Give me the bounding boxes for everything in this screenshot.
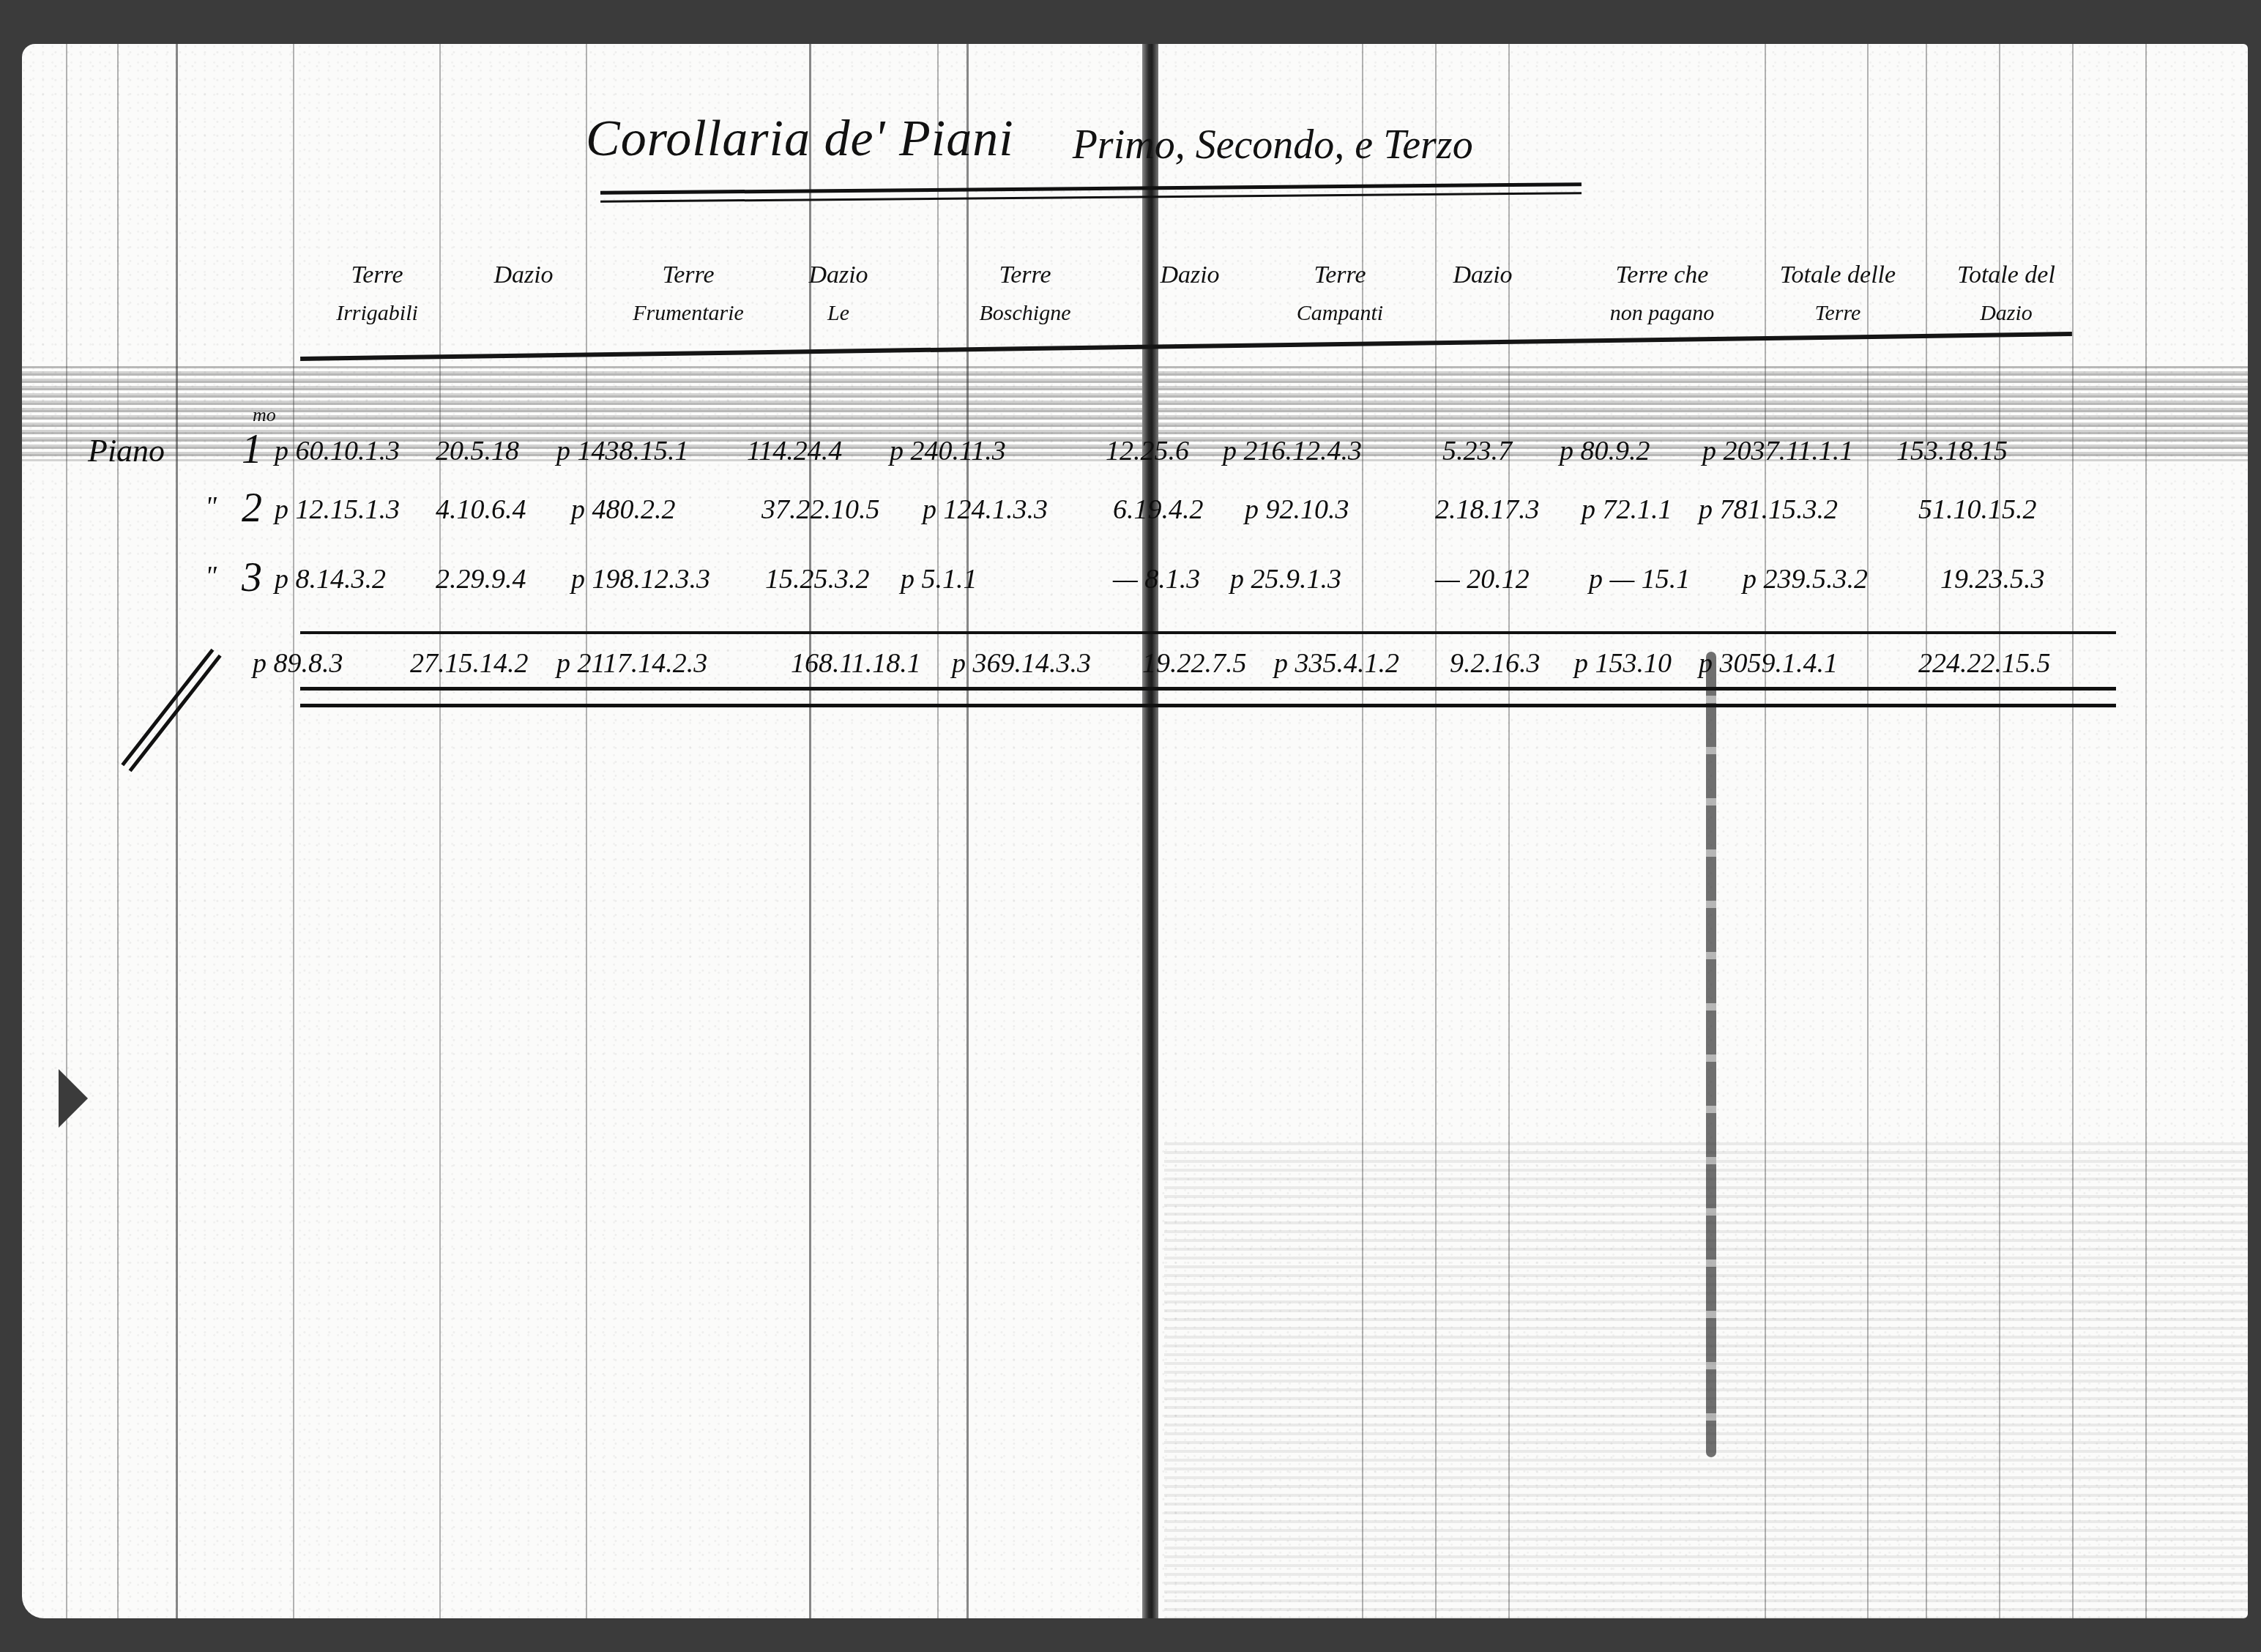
total-totale-terre: p 3059.1.4.1: [1699, 647, 1838, 680]
total-dazio-2: 168.11.18.1: [791, 647, 921, 680]
total-terre-non-pagano: p 153.10: [1574, 647, 1672, 680]
cell-dazio-1: 2.29.9.4: [436, 563, 526, 595]
cell-terre-boschigne: p 240.11.3: [890, 435, 1006, 467]
column-headers: TerreIrrigabili Dazio TerreFrumentarie D…: [322, 256, 2065, 344]
ditto-mark: ": [205, 491, 217, 523]
sum-rule: [300, 631, 2116, 634]
total-terre-frumentarie: p 2117.14.2.3: [556, 647, 707, 680]
cell-dazio-4: 2.18.17.3: [1435, 494, 1540, 526]
cell-terre-irrigabili: p 12.15.1.3: [275, 494, 400, 526]
cell-dazio-2: 37.22.10.5: [761, 494, 880, 526]
column-header-dazio-3: Dazio: [1135, 256, 1245, 294]
cell-terre-campanti: p 216.12.4.3: [1223, 435, 1362, 467]
cell-terre-campanti: p 25.9.1.3: [1230, 563, 1341, 595]
cell-totale-terre: p 239.5.3.2: [1743, 563, 1868, 595]
cell-dazio-3: 6.19.4.2: [1113, 494, 1204, 526]
cell-terre-boschigne: p 124.1.3.3: [923, 494, 1048, 526]
cell-terre-irrigabili: p 8.14.3.2: [275, 563, 386, 595]
page-subtitle: Primo, Secondo, e Terzo: [1073, 122, 1473, 168]
table-row-piano-1: Piano mo 1 p 60.10.1.3 20.5.18 p 1438.15…: [88, 432, 2138, 491]
column-header-terre-boschigne: TerreBoschigne: [952, 256, 1098, 332]
column-header-dazio-4: Dazio: [1428, 256, 1538, 294]
ditto-mark: ": [205, 560, 217, 592]
cell-totale-dazio: 51.10.15.2: [1918, 494, 2037, 526]
table-row-piano-2: " 2 p 12.15.1.3 4.10.6.4 p 480.2.2 37.22…: [88, 491, 2138, 549]
title-block: Corollaria de' Piani Primo, Secondo, e T…: [586, 110, 1611, 168]
cell-dazio-4: 5.23.7: [1442, 435, 1512, 467]
ruling-line: [117, 44, 119, 1618]
cell-dazio-1: 20.5.18: [436, 435, 519, 467]
ruling-line: [2145, 44, 2147, 1618]
page-title: Corollaria de' Piani: [586, 110, 1014, 168]
cell-totale-terre: p 781.15.3.2: [1699, 494, 1838, 526]
column-header-terre-campanti: TerreCampanti: [1274, 256, 1406, 332]
cell-dazio-2: 15.25.3.2: [765, 563, 870, 595]
binding-stitch: [1706, 652, 1716, 1457]
cell-dazio-3: — 8.1.3: [1113, 563, 1200, 595]
total-terre-campanti: p 335.4.1.2: [1274, 647, 1399, 680]
cell-terre-irrigabili: p 60.10.1.3: [275, 435, 400, 467]
column-header-dazio-2: DazioLe: [783, 256, 893, 332]
column-header-terre-frumentarie: TerreFrumentarie: [615, 256, 761, 332]
row-number: 3: [242, 554, 262, 601]
column-header-dazio-1: Dazio: [469, 256, 578, 294]
total-dazio-3: 19.22.7.5: [1142, 647, 1247, 680]
row-label: Piano: [88, 432, 165, 469]
table-row-piano-3: " 3 p 8.14.3.2 2.29.9.4 p 198.12.3.3 15.…: [88, 560, 2138, 619]
column-header-terre-non-pagano: Terre chenon pagano: [1596, 256, 1728, 332]
cell-dazio-2: 114.24.4: [747, 435, 842, 467]
ruling-line: [293, 44, 294, 1618]
cell-terre-non-pagano: p 80.9.2: [1560, 435, 1650, 467]
total-totale-dazio: 224.22.15.5: [1918, 647, 2051, 680]
page-edge-tear: [59, 1069, 88, 1128]
ruling-line: [176, 44, 178, 1618]
double-sum-rule: [300, 687, 2116, 707]
cell-totale-dazio: 19.23.5.3: [1940, 563, 2045, 595]
cell-terre-frumentarie: p 480.2.2: [571, 494, 676, 526]
total-terre-boschigne: p 369.14.3.3: [952, 647, 1091, 680]
total-dazio-1: 27.15.14.2: [410, 647, 529, 680]
total-dazio-4: 9.2.16.3: [1450, 647, 1541, 680]
column-header-totale-dazio: Totale delDazio: [1933, 256, 2079, 332]
cell-terre-non-pagano: p — 15.1: [1589, 563, 1690, 595]
cell-dazio-3: 12.25.6: [1106, 435, 1189, 467]
cell-terre-boschigne: p 5.1.1: [901, 563, 977, 595]
total-terre-irrigabili: p 89.8.3: [253, 647, 343, 680]
cell-terre-non-pagano: p 72.1.1: [1582, 494, 1672, 526]
cell-terre-frumentarie: p 198.12.3.3: [571, 563, 710, 595]
ordinal-suffix: mo: [253, 404, 276, 426]
ruling-line: [66, 44, 67, 1618]
cell-dazio-1: 4.10.6.4: [436, 494, 526, 526]
cell-totale-dazio: 153.18.15: [1896, 435, 2008, 467]
row-number: 1: [242, 426, 262, 473]
column-header-terre-irrigabili: TerreIrrigabili: [322, 256, 432, 332]
row-number: 2: [242, 485, 262, 532]
cell-terre-campanti: p 92.10.3: [1245, 494, 1349, 526]
cell-totale-terre: p 2037.11.1.1: [1702, 435, 1853, 467]
cell-dazio-4: — 20.12: [1435, 563, 1530, 595]
column-header-totale-terre: Totale delleTerre: [1757, 256, 1918, 332]
cell-terre-frumentarie: p 1438.15.1: [556, 435, 689, 467]
